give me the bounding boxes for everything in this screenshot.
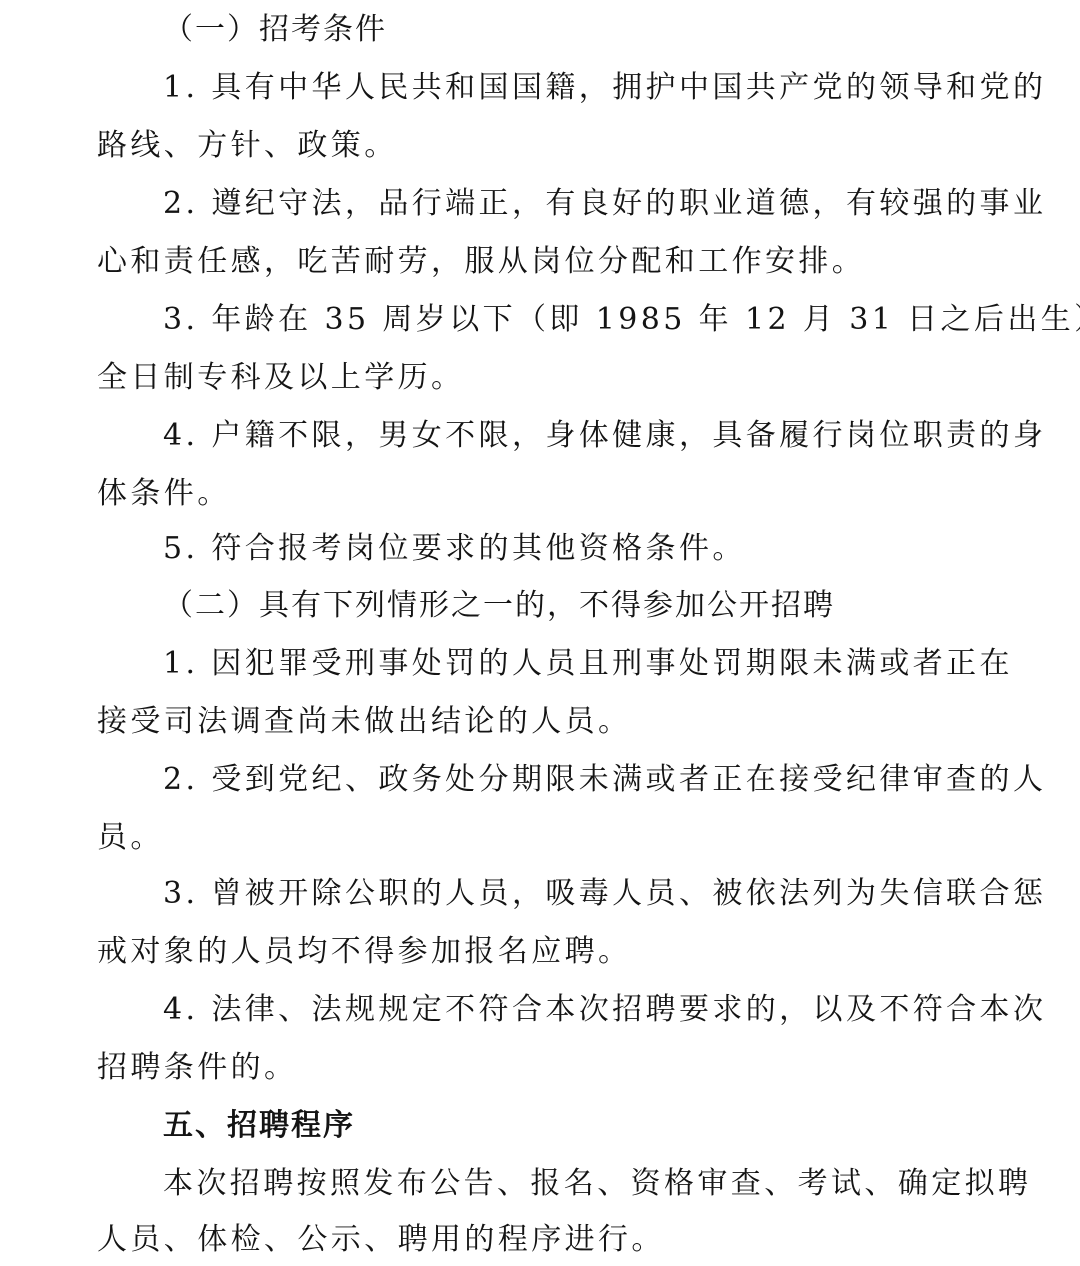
- condition-item-2-line-1: 2. 遵纪守法，品行端正，有良好的职业道德，有较强的事业: [163, 182, 1003, 226]
- exclusion-item-3-line-2: 戒对象的人员均不得参加报名应聘。: [97, 930, 1003, 974]
- exclusion-item-2-line-2: 员。: [97, 816, 1003, 860]
- condition-item-2-line-2: 心和责任感，吃苦耐劳，服从岗位分配和工作安排。: [97, 240, 1003, 284]
- exclusion-item-1-line-2: 接受司法调查尚未做出结论的人员。: [97, 700, 1003, 744]
- condition-item-1-line-2: 路线、方针、政策。: [97, 124, 1003, 168]
- condition-item-4-line-1: 4. 户籍不限，男女不限，身体健康，具备履行岗位职责的身: [163, 414, 1003, 458]
- exclusion-item-1-line-1: 1. 因犯罪受刑事处罚的人员且刑事处罚期限未满或者正在: [163, 642, 1003, 686]
- condition-item-3-line-2: 全日制专科及以上学历。: [97, 356, 1003, 400]
- subsection-heading-conditions: （一）招考条件: [163, 8, 1069, 52]
- section-heading-procedure: 五、招聘程序: [163, 1104, 1069, 1148]
- exclusion-item-4-line-2: 招聘条件的。: [97, 1046, 1003, 1090]
- condition-item-3-line-1: 3. 年龄在 35 周岁以下（即 1985 年 12 月 31 日之后出生），: [163, 298, 1003, 342]
- subsection-heading-exclusions: （二）具有下列情形之一的，不得参加公开招聘: [163, 584, 1069, 628]
- exclusion-item-3-line-1: 3. 曾被开除公职的人员，吸毒人员、被依法列为失信联合惩: [163, 872, 1003, 916]
- exclusion-item-4-line-1: 4. 法律、法规规定不符合本次招聘要求的，以及不符合本次: [163, 988, 1003, 1032]
- condition-item-5-line-1: 5. 符合报考岗位要求的其他资格条件。: [163, 527, 1003, 571]
- condition-item-4-line-2: 体条件。: [97, 472, 1003, 516]
- procedure-line-2: 人员、体检、公示、聘用的程序进行。: [97, 1218, 1003, 1262]
- document-page: （一）招考条件 1. 具有中华人民共和国国籍，拥护中国共产党的领导和党的 路线、…: [0, 0, 1080, 1266]
- condition-item-1-line-1: 1. 具有中华人民共和国国籍，拥护中国共产党的领导和党的: [163, 66, 1003, 110]
- procedure-line-1: 本次招聘按照发布公告、报名、资格审查、考试、确定拟聘: [163, 1162, 1003, 1206]
- exclusion-item-2-line-1: 2. 受到党纪、政务处分期限未满或者正在接受纪律审查的人: [163, 758, 1003, 802]
